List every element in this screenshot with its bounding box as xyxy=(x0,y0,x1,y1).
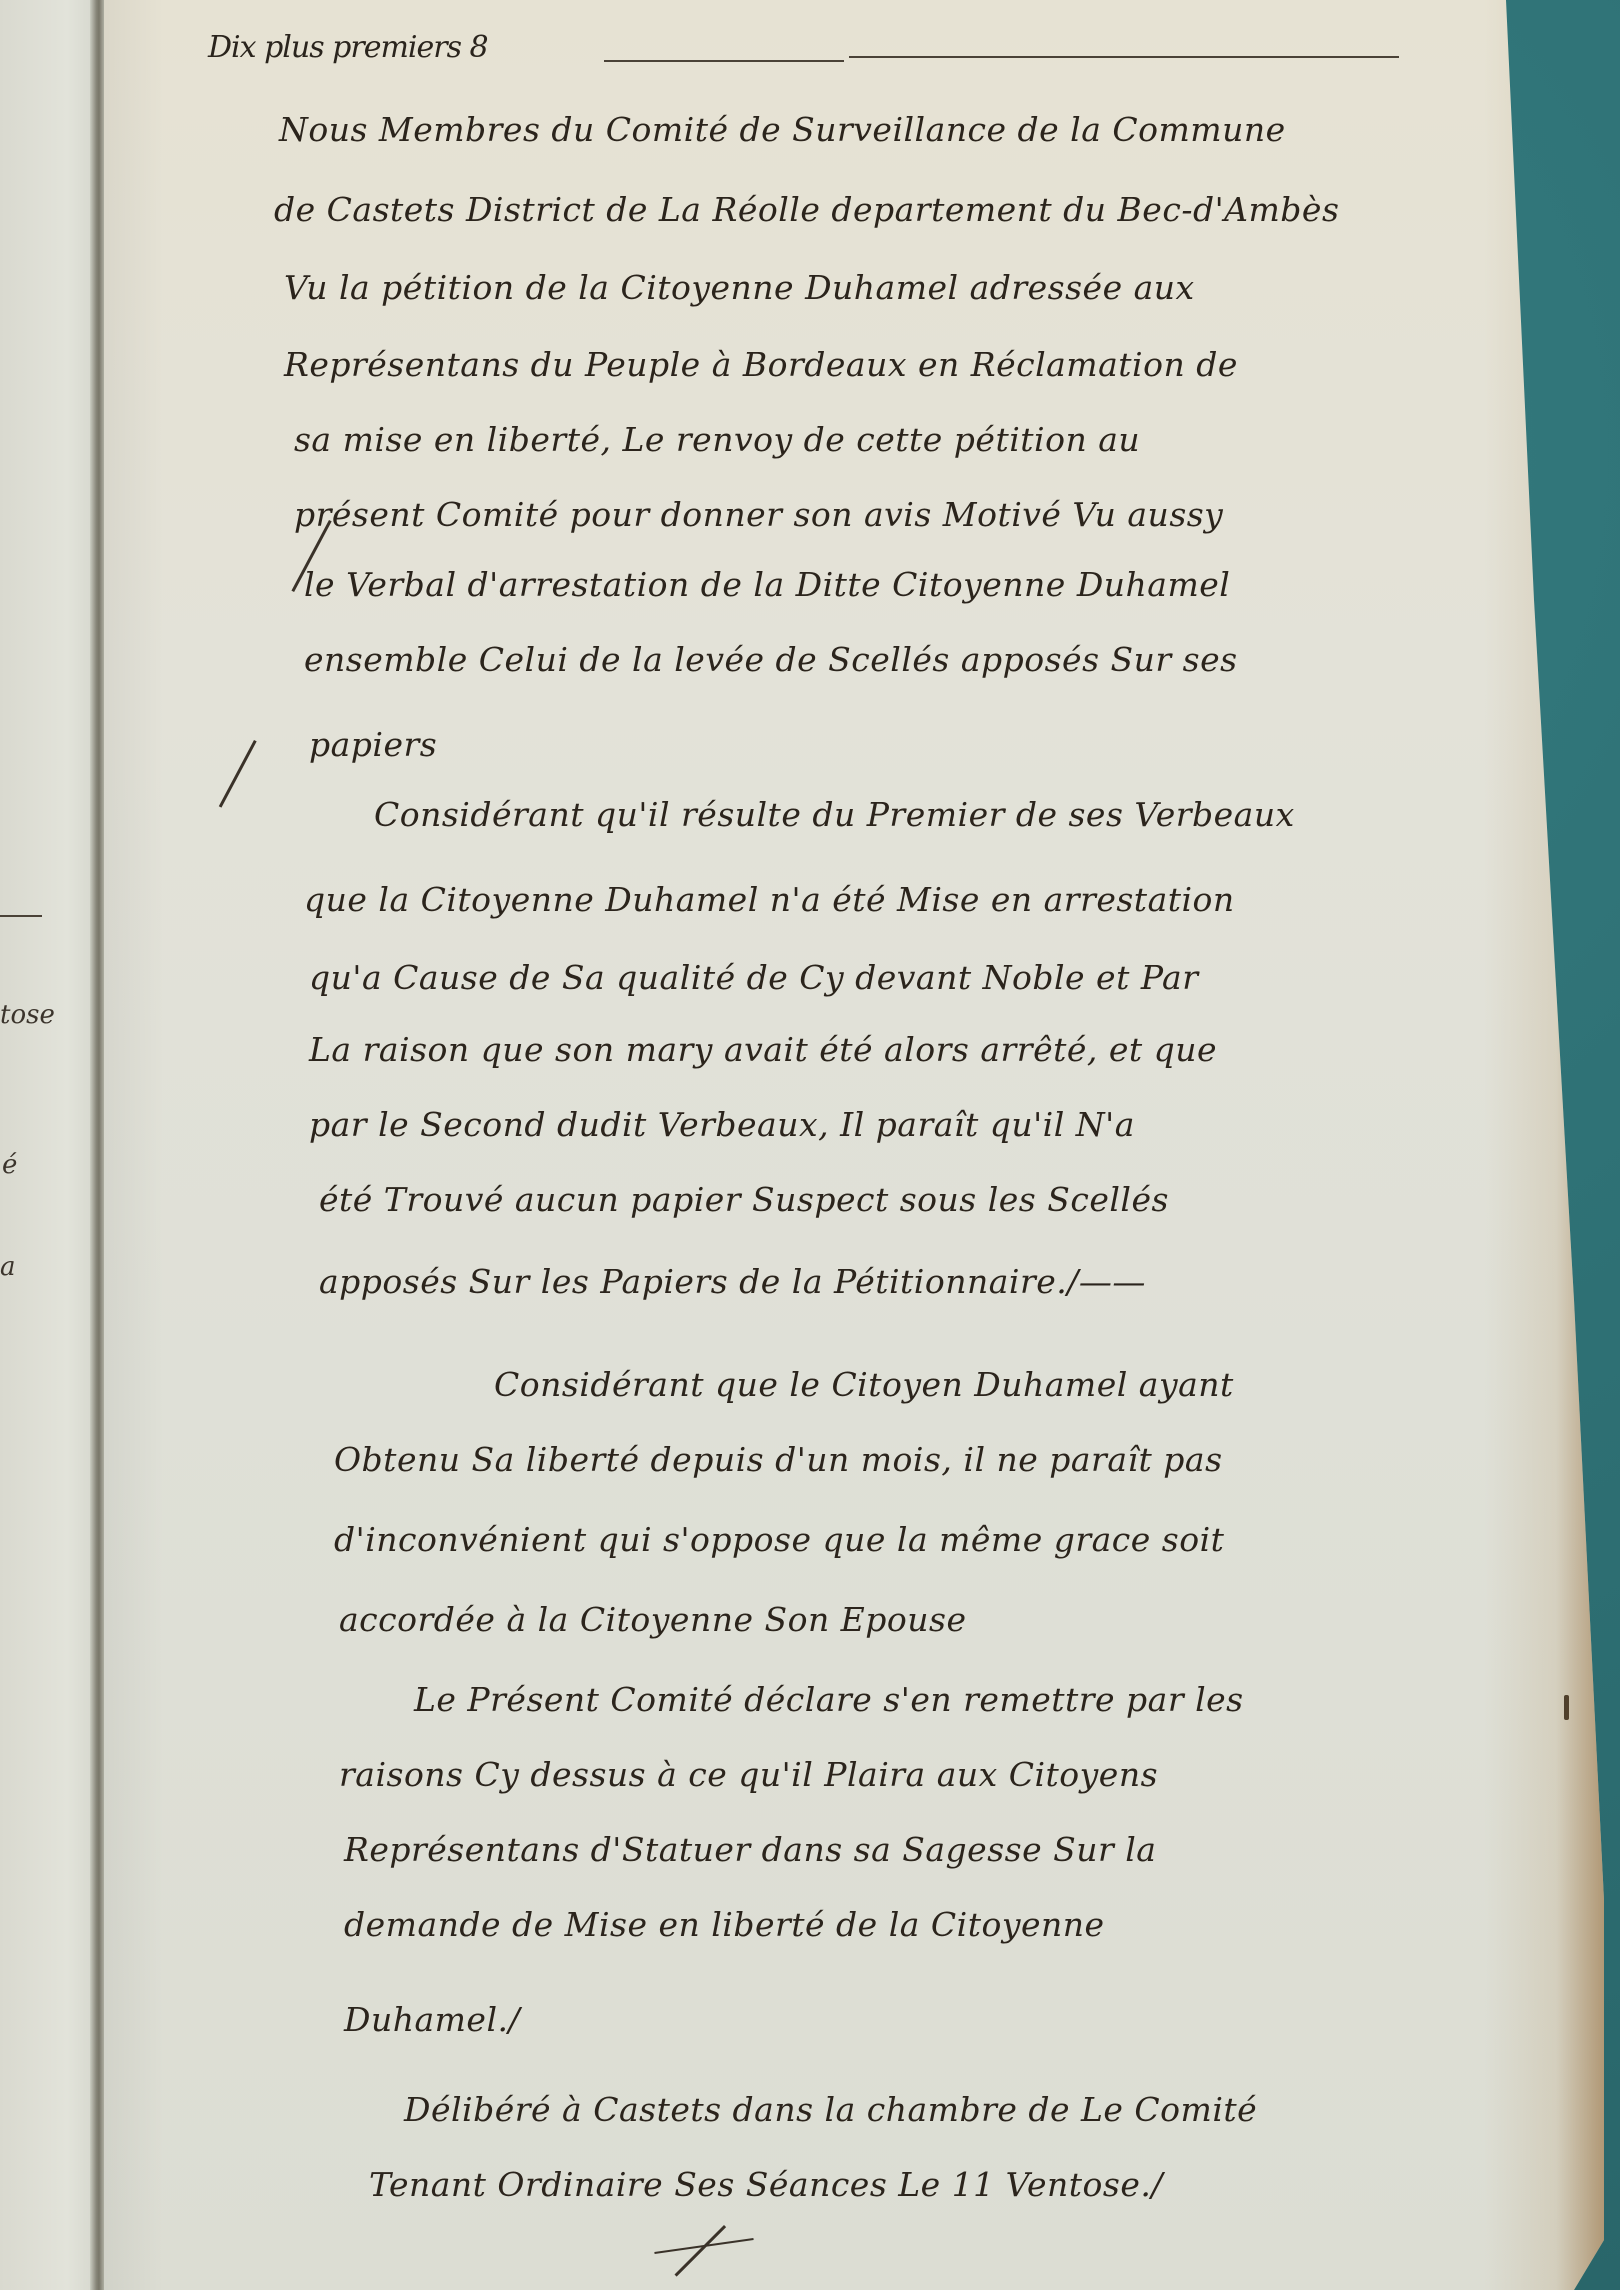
text-line: Représentans d'Statuer dans sa Sagesse S… xyxy=(344,1830,1156,1869)
folio-heading: Dix plus premiers 8 xyxy=(208,30,488,65)
text-line: été Trouvé aucun papier Suspect sous les… xyxy=(319,1180,1169,1219)
text-line: de Castets District de La Réolle departe… xyxy=(274,190,1339,229)
text-line: accordée à la Citoyenne Son Epouse xyxy=(339,1600,966,1639)
text-line: Considérant que le Citoyen Duhamel ayant xyxy=(494,1365,1234,1404)
text-line: raisons Cy dessus à ce qu'il Plaira aux … xyxy=(339,1755,1158,1794)
document-header: Dix plus premiers 8 xyxy=(104,0,1604,100)
header-rule xyxy=(849,56,1399,58)
text-line: que la Citoyenne Duhamel n'a été Mise en… xyxy=(304,880,1235,919)
text-line: Délibéré à Castets dans la chambre de Le… xyxy=(404,2090,1257,2129)
text-line: Considérant qu'il résulte du Premier de … xyxy=(374,795,1295,834)
text-line: Vu la pétition de la Citoyenne Duhamel a… xyxy=(284,268,1195,307)
ink-mark xyxy=(1564,1695,1569,1720)
text-line: présent Comité pour donner son avis Moti… xyxy=(294,495,1223,534)
left-page-fragment: é xyxy=(2,1150,17,1180)
manuscript-page: Dix plus premiers 8 Nous Membres du Comi… xyxy=(104,0,1604,2290)
text-line: La raison que son mary avait été alors a… xyxy=(309,1030,1217,1069)
margin-stroke xyxy=(219,740,257,808)
left-page-rule xyxy=(0,915,42,917)
text-line: ensemble Celui de la levée de Scellés ap… xyxy=(304,640,1238,679)
text-line: Nous Membres du Comité de Surveillance d… xyxy=(279,110,1286,149)
text-line: par le Second dudit Verbeaux, Il paraît … xyxy=(309,1105,1135,1144)
text-line: qu'a Cause de Sa qualité de Cy devant No… xyxy=(309,958,1199,997)
text-line: apposés Sur les Papiers de la Pétitionna… xyxy=(319,1262,1146,1301)
left-page-fragment: a xyxy=(0,1252,16,1282)
header-rule xyxy=(604,60,844,62)
text-line: Obtenu Sa liberté depuis d'un mois, il n… xyxy=(334,1440,1223,1479)
left-page-fragment: tose xyxy=(0,1000,55,1030)
text-line: sa mise en liberté, Le renvoy de cette p… xyxy=(294,420,1140,459)
text-line: Représentans du Peuple à Bordeaux en Réc… xyxy=(284,345,1238,384)
closing-flourish xyxy=(675,2225,727,2277)
text-line: le Verbal d'arrestation de la Ditte Cito… xyxy=(304,565,1230,604)
text-line: Duhamel./ xyxy=(344,2000,520,2039)
text-line: Le Présent Comité déclare s'en remettre … xyxy=(414,1680,1244,1719)
text-line: demande de Mise en liberté de la Citoyen… xyxy=(344,1905,1105,1944)
text-line: Tenant Ordinaire Ses Séances Le 11 Vento… xyxy=(369,2165,1163,2204)
text-line: d'inconvénient qui s'oppose que la même … xyxy=(334,1520,1224,1559)
text-line: papiers xyxy=(309,725,437,764)
